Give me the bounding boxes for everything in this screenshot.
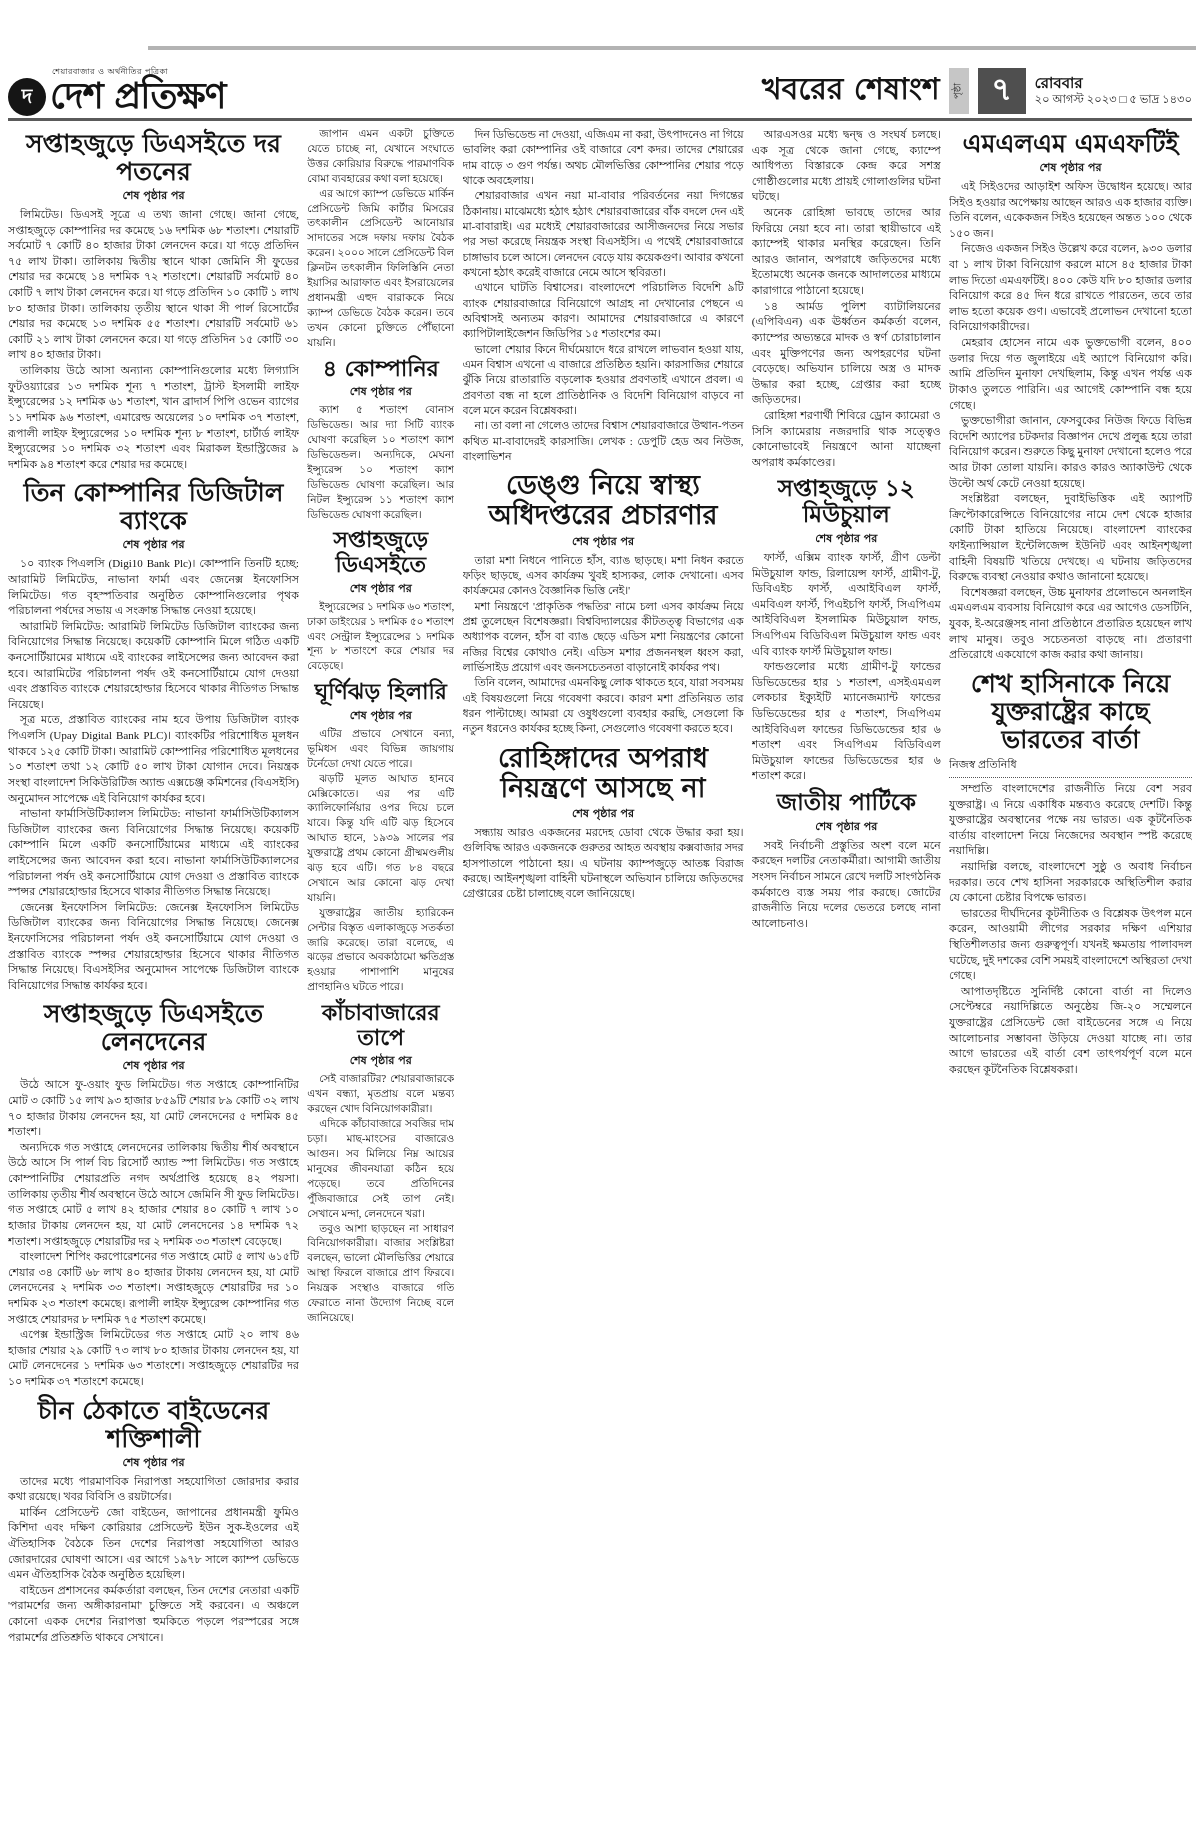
article: আরএসওর মধ্যে দ্বন্দ্ব ও সংঘর্ষ চলছে। এক … bbox=[752, 128, 941, 471]
continued-from-last-page-label: শেষ পৃষ্ঠার পর bbox=[752, 818, 941, 837]
article-headline: সপ্তাহজুড়ে ডিএসইতে লেনদেনের bbox=[8, 1000, 299, 1056]
article-paragraph: নিজেও একজন সিইও উল্লেখ করে বলেন, ৯৩০ ডলা… bbox=[949, 242, 1192, 336]
masthead-logo-icon: দ bbox=[8, 78, 46, 116]
article-body: তারা মশা নিধনে পানিতে হাঁস, ব্যাঙ ছাড়ছে… bbox=[463, 554, 744, 738]
news-column-5: এমএলএম এমএফটিইশেষ পৃষ্ঠার পরএই সিইওদের আ… bbox=[949, 128, 1192, 1837]
article-paragraph: সেই বাজারটির? শেয়ারবাজারকে এখন বন্ধ্যা,… bbox=[307, 1073, 454, 1118]
dotted-divider bbox=[949, 777, 1192, 778]
article-paragraph: ভারতের দীর্ঘদিনের কূটনীতিক ও বিশ্লেষক উৎ… bbox=[949, 907, 1192, 985]
article-paragraph: সূত্র মতে, প্রস্তাবিত ব্যাংকের নাম হবে উ… bbox=[8, 713, 299, 807]
article-body: সেই বাজারটির? শেয়ারবাজারকে এখন বন্ধ্যা,… bbox=[307, 1073, 454, 1326]
masthead: শেয়ারবাজার ও অর্থনীতির পত্রিকা দ দেশ প্… bbox=[8, 68, 225, 116]
article-headline: চীন ঠেকাতে বাইডেনের শক্তিশালী bbox=[8, 1397, 299, 1453]
header-rule bbox=[8, 118, 1192, 121]
article-body: সবই নির্বাচনী প্রস্তুতির অংশ বলে মনে করছ… bbox=[752, 839, 941, 933]
newspaper-page: শেয়ারবাজার ও অর্থনীতির পত্রিকা দ দেশ প্… bbox=[0, 0, 1200, 1843]
continued-from-last-page-label: শেষ পৃষ্ঠার পর bbox=[307, 383, 454, 402]
article-body: উঠে আসে ফু-ওয়াং ফুড লিমিটেড। গত সপ্তাহে… bbox=[8, 1078, 299, 1390]
article-paragraph: ভালো শেয়ার কিনে দীর্ঘমেয়াদে ধরে রাখলে … bbox=[463, 343, 744, 420]
news-column-4: আরএসওর মধ্যে দ্বন্দ্ব ও সংঘর্ষ চলছে। এক … bbox=[752, 128, 941, 1837]
article: সপ্তাহজুড়ে ১২ মিউচুয়ালশেষ পৃষ্ঠার পরফা… bbox=[752, 477, 941, 785]
article-paragraph: সম্প্রতি বাংলাদেশের রাজনীতি নিয়ে বেশ সর… bbox=[949, 782, 1192, 860]
article-paragraph: বাংলাদেশ শিপিং করপোরেশনের গত সপ্তাহে মোট… bbox=[8, 1250, 299, 1328]
article-body: ফার্স্ট, এক্সিম ব্যাংক ফার্স্ট, গ্রীণ ডে… bbox=[752, 551, 941, 785]
article: ৪ কোম্পানিরশেষ পৃষ্ঠার পরক্যাশ ৫ শতাংশ ব… bbox=[307, 358, 454, 524]
news-column-2: জাপান এমন একটা চুক্তিতে যেতে চাচ্ছে না, … bbox=[307, 128, 454, 1837]
article-body: আরএসওর মধ্যে দ্বন্দ্ব ও সংঘর্ষ চলছে। এক … bbox=[752, 128, 941, 471]
header-right: খবরের শেষাংশ পৃষ্ঠা ৭ রোববার ২০ আগস্ট ২০… bbox=[762, 65, 1192, 116]
column-grid: সপ্তাহজুড়ে ডিএসইতে দর পতনেরশেষ পৃষ্ঠার … bbox=[8, 128, 1192, 1837]
continued-from-last-page-label: শেষ পৃষ্ঠার পর bbox=[949, 159, 1192, 178]
article: কাঁচাবাজারের তাপেশেষ পৃষ্ঠার পরসেই বাজার… bbox=[307, 1002, 454, 1327]
article: এমএলএম এমএফটিইশেষ পৃষ্ঠার পরএই সিইওদের আ… bbox=[949, 130, 1192, 664]
article: জাতীয় পার্টিকেশেষ পৃষ্ঠার পরসবই নির্বাচ… bbox=[752, 791, 941, 932]
article-body: সম্প্রতি বাংলাদেশের রাজনীতি নিয়ে বেশ সর… bbox=[949, 782, 1192, 1079]
article-paragraph: নাভানা ফার্মাসিউটিক্যালস লিমিটেড: নাভানা… bbox=[8, 807, 299, 901]
article-headline: ৪ কোম্পানির bbox=[307, 358, 454, 383]
continued-from-last-page-label: শেষ পৃষ্ঠার পর bbox=[307, 707, 454, 726]
article-paragraph: ফান্ডগুলোর মধ্যে গ্রামীণ-টু ফান্ডের ডিভি… bbox=[752, 660, 941, 785]
article-paragraph: জেনেক্স ইনফোসিস লিমিটেড: জেনেক্স ইনফোসিস… bbox=[8, 901, 299, 995]
article: তিন কোম্পানির ডিজিটাল ব্যাংকেশেষ পৃষ্ঠার… bbox=[8, 479, 299, 994]
continued-from-last-page-label: শেষ পৃষ্ঠার পর bbox=[307, 1052, 454, 1071]
continued-from-last-page-label: শেষ পৃষ্ঠার পর bbox=[8, 1057, 299, 1076]
continued-from-last-page-label: শেষ পৃষ্ঠার পর bbox=[8, 1454, 299, 1473]
article: ঘূর্ণিঝড় হিলারিশেষ পৃষ্ঠার পরএটির প্রভা… bbox=[307, 681, 454, 996]
article-headline: সপ্তাহজুড়ে ডিএসইতে দর পতনের bbox=[8, 130, 299, 186]
article-headline: ডেঙ্গু নিয়ে স্বাস্থ্য অধিদপ্তরের প্রচার… bbox=[463, 471, 744, 531]
article-body: দিন ডিভিডেন্ড না দেওয়া, এজিএম না করা, উ… bbox=[463, 128, 744, 465]
article-headline: জাতীয় পার্টিকে bbox=[752, 791, 941, 817]
section-title: খবরের শেষাংশ bbox=[762, 65, 940, 116]
article-paragraph: মেহরাব হোসেন নামে এক ভুক্তভোগী বলেন, ৪০০… bbox=[949, 336, 1192, 414]
day-name: রোববার bbox=[1035, 74, 1192, 93]
article-paragraph: অন্যদিকে গত সপ্তাহে লেনদেনের তালিকায় দ্… bbox=[8, 1141, 299, 1250]
article-body: ক্যাশ ৫ শতাংশ বোনাস ডিভিডেন্ড। আর দ্যা স… bbox=[307, 404, 454, 523]
article-paragraph: এটির প্রভাবে সেখানে বন্যা, ভূমিধস এবং বি… bbox=[307, 728, 454, 773]
article-paragraph: তাদের মধ্যে পারমাণবিক নিরাপত্তা সহযোগিতা… bbox=[8, 1475, 299, 1506]
continued-from-last-page-label: শেষ পৃষ্ঠার পর bbox=[463, 533, 744, 552]
article-paragraph: ঝড়টি মূলত আঘাত হানবে মেক্সিকোতে। এর পর … bbox=[307, 773, 454, 907]
continued-from-last-page-label: শেষ পৃষ্ঠার পর bbox=[463, 805, 744, 824]
article-headline: রোহিঙ্গাদের অপরাধ নিয়ন্ত্রণে আসছে না bbox=[463, 744, 744, 804]
article: রোহিঙ্গাদের অপরাধ নিয়ন্ত্রণে আসছে নাশেষ… bbox=[463, 744, 744, 903]
page-number: ৭ bbox=[978, 68, 1026, 114]
continued-from-last-page-label: শেষ পৃষ্ঠার পর bbox=[307, 580, 454, 599]
article-paragraph: এপেক্স ইন্ডাস্ট্রিজ লিমিটেডের গত সপ্তাহে… bbox=[8, 1328, 299, 1390]
article-headline: ঘূর্ণিঝড় হিলারি bbox=[307, 681, 454, 706]
article-paragraph: সন্ধ্যায় আরও একজনের মরদেহ ডোবা থেকে উদ্… bbox=[463, 826, 744, 903]
article-paragraph: মশা নিয়ন্ত্রণে 'প্রাকৃতিক পদ্ধতির' নামে… bbox=[463, 600, 744, 677]
article-paragraph: আরএসওর মধ্যে দ্বন্দ্ব ও সংঘর্ষ চলছে। এক … bbox=[752, 128, 941, 206]
article-body: লিমিটেড। ডিএসই সূত্রে এ তথ্য জানা গেছে। … bbox=[8, 208, 299, 473]
article-paragraph: বাইডেন প্রশাসনের কর্মকর্তারা বলছেন, তিন … bbox=[8, 1584, 299, 1646]
article-body: জাপান এমন একটা চুক্তিতে যেতে চাচ্ছে না, … bbox=[307, 128, 454, 352]
article: সপ্তাহজুড়ে ডিএসইতে দর পতনেরশেষ পৃষ্ঠার … bbox=[8, 130, 299, 473]
article-paragraph: উঠে আসে ফু-ওয়াং ফুড লিমিটেড। গত সপ্তাহে… bbox=[8, 1078, 299, 1140]
masthead-title: দেশ প্রতিক্ষণ bbox=[50, 79, 225, 115]
article-paragraph: সংশ্লিষ্টরা বলছেন, দুবাইভিত্তিক এই অ্যাপ… bbox=[949, 492, 1192, 586]
article-paragraph: শেয়ারবাজার এখন নয়া মা-বাবার পরিবর্তনের… bbox=[463, 189, 744, 281]
article-paragraph: এখানে ঘাটতি বিশ্বাসের। বাংলাদেশে পরিচালি… bbox=[463, 281, 744, 342]
article-paragraph: তারা মশা নিধনে পানিতে হাঁস, ব্যাঙ ছাড়ছে… bbox=[463, 554, 744, 600]
article-headline: শেখ হাসিনাকে নিয়ে যুক্তরাষ্ট্রের কাছে ভ… bbox=[949, 670, 1192, 754]
article-paragraph: তবুও আশা ছাড়ছেন না সাধারণ বিনিয়োগকারীর… bbox=[307, 1223, 454, 1327]
article-body: এটির প্রভাবে সেখানে বন্যা, ভূমিধস এবং বি… bbox=[307, 728, 454, 996]
continued-from-last-page-label: শেষ পৃষ্ঠার পর bbox=[8, 536, 299, 555]
article-paragraph: আপাতদৃষ্টিতে সুনির্দিষ্ট কোনো বার্তা না … bbox=[949, 985, 1192, 1079]
page-word-label: পৃষ্ঠা bbox=[949, 68, 969, 114]
article-paragraph: এদিকে কাঁচাবাজারে সবজির দাম চড়া। মাছ-মা… bbox=[307, 1118, 454, 1222]
page-header: শেয়ারবাজার ও অর্থনীতির পত্রিকা দ দেশ প্… bbox=[8, 40, 1192, 116]
article-paragraph: এই সিইওদের আড়াইশ অফিস উদ্বোধন হয়েছে। আ… bbox=[949, 180, 1192, 242]
article-paragraph: ক্যাশ ৫ শতাংশ বোনাস ডিভিডেন্ড। আর দ্যা স… bbox=[307, 404, 454, 523]
article-headline: এমএলএম এমএফটিই bbox=[949, 130, 1192, 158]
article-paragraph: আরামিট লিমিটেড: আরামিট লিমিটেড ডিজিটাল ব… bbox=[8, 620, 299, 714]
article-body: ইন্স্যুরেন্সের ১ দশমিক ৬০ শতাংশ, ঢাকা ডা… bbox=[307, 601, 454, 676]
article-paragraph: বিশেষজ্ঞরা বলছেন, উচ্চ মুনাফার প্রলোভনে … bbox=[949, 586, 1192, 664]
news-column-1: সপ্তাহজুড়ে ডিএসইতে দর পতনেরশেষ পৃষ্ঠার … bbox=[8, 128, 299, 1837]
article-paragraph: তিনি বলেন, আমাদের এমনকিছু লোক থাকতে হবে,… bbox=[463, 676, 744, 737]
article-paragraph: লিমিটেড। ডিএসই সূত্রে এ তথ্য জানা গেছে। … bbox=[8, 208, 299, 364]
article: ডেঙ্গু নিয়ে স্বাস্থ্য অধিদপ্তরের প্রচার… bbox=[463, 471, 744, 737]
article-paragraph: ফার্স্ট, এক্সিম ব্যাংক ফার্স্ট, গ্রীণ ডে… bbox=[752, 551, 941, 660]
article-body: সন্ধ্যায় আরও একজনের মরদেহ ডোবা থেকে উদ্… bbox=[463, 826, 744, 903]
article-headline: সপ্তাহজুড়ে ১২ মিউচুয়াল bbox=[752, 477, 941, 529]
article-paragraph: তালিকায় উঠে আসা অন্যান্য কোম্পানিগুলোর … bbox=[8, 364, 299, 473]
article: দিন ডিভিডেন্ড না দেওয়া, এজিএম না করা, উ… bbox=[463, 128, 744, 465]
article-headline: তিন কোম্পানির ডিজিটাল ব্যাংকে bbox=[8, 479, 299, 535]
article-paragraph: ১০ ব্যাংক পিএলসি (Digi10 Bank Plc)। কোম্… bbox=[8, 557, 299, 619]
masthead-tagline: শেয়ারবাজার ও অর্থনীতির পত্রিকা bbox=[52, 68, 225, 76]
article: চীন ঠেকাতে বাইডেনের শক্তিশালীশেষ পৃষ্ঠার… bbox=[8, 1397, 299, 1647]
continued-from-last-page-label: শেষ পৃষ্ঠার পর bbox=[752, 530, 941, 549]
article-body: তাদের মধ্যে পারমাণবিক নিরাপত্তা সহযোগিতা… bbox=[8, 1475, 299, 1647]
article-paragraph: দিন ডিভিডেন্ড না দেওয়া, এজিএম না করা, উ… bbox=[463, 128, 744, 189]
article: জাপান এমন একটা চুক্তিতে যেতে চাচ্ছে না, … bbox=[307, 128, 454, 352]
article: সপ্তাহজুড়ে ডিএসইতে লেনদেনেরশেষ পৃষ্ঠার … bbox=[8, 1000, 299, 1390]
article-paragraph: সবই নির্বাচনী প্রস্তুতির অংশ বলে মনে করছ… bbox=[752, 839, 941, 933]
article-body: ১০ ব্যাংক পিএলসি (Digi10 Bank Plc)। কোম্… bbox=[8, 557, 299, 994]
article-paragraph: অনেক রোহিঙ্গা ভাবছে তাদের আর ফিরিয়ে নেয… bbox=[752, 206, 941, 300]
article-paragraph: না। তা বলা না গেলেও তাদের বিশ্বাস শেয়ার… bbox=[463, 419, 744, 465]
article: সপ্তাহজুড়ে ডিএসইতেশেষ পৃষ্ঠার পরইন্স্যু… bbox=[307, 529, 454, 675]
article-headline: সপ্তাহজুড়ে ডিএসইতে bbox=[307, 529, 454, 578]
article-paragraph: যুক্তরাষ্ট্রের জাতীয় হ্যারিকেন সেন্টার … bbox=[307, 907, 454, 996]
date-line: ২০ আগস্ট ২০২৩ □ ৫ ভাদ্র ১৪৩০ bbox=[1035, 93, 1192, 107]
article: শেখ হাসিনাকে নিয়ে যুক্তরাষ্ট্রের কাছে ভ… bbox=[949, 670, 1192, 1079]
news-column-3: দিন ডিভিডেন্ড না দেওয়া, এজিএম না করা, উ… bbox=[463, 128, 744, 1837]
article-paragraph: রোহিঙ্গা শরণার্থী শিবিরে ড্রোন ক্যামেরা … bbox=[752, 409, 941, 471]
article-paragraph: মার্কিন প্রেসিডেন্ট জো বাইডেন, জাপানের প… bbox=[8, 1506, 299, 1584]
article-paragraph: ভুক্তভোগীরা জানান, ফেসবুকের নিউজ ফিডে বি… bbox=[949, 414, 1192, 492]
article-paragraph: জাপান এমন একটা চুক্তিতে যেতে চাচ্ছে না, … bbox=[307, 128, 454, 188]
article-paragraph: ১৪ আর্মড পুলিশ ব্যাটালিয়নের (এপিবিএন) এ… bbox=[752, 300, 941, 409]
article-paragraph: নয়াদিল্লি বলছে, বাংলাদেশে সুষ্ঠু ও অবাধ… bbox=[949, 860, 1192, 907]
article-paragraph: এর আগে ক্যাম্প ডেভিডে মার্কিন প্রেসিডেন্… bbox=[307, 188, 454, 352]
article-headline: কাঁচাবাজারের তাপে bbox=[307, 1002, 454, 1051]
continued-from-last-page-label: শেষ পৃষ্ঠার পর bbox=[8, 187, 299, 206]
article-paragraph: ইন্স্যুরেন্সের ১ দশমিক ৬০ শতাংশ, ঢাকা ডা… bbox=[307, 601, 454, 676]
byline: নিজস্ব প্রতিনিধি bbox=[949, 756, 1192, 775]
date-block: রোববার ২০ আগস্ট ২০২৩ □ ৫ ভাদ্র ১৪৩০ bbox=[1035, 74, 1192, 107]
article-body: এই সিইওদের আড়াইশ অফিস উদ্বোধন হয়েছে। আ… bbox=[949, 180, 1192, 664]
